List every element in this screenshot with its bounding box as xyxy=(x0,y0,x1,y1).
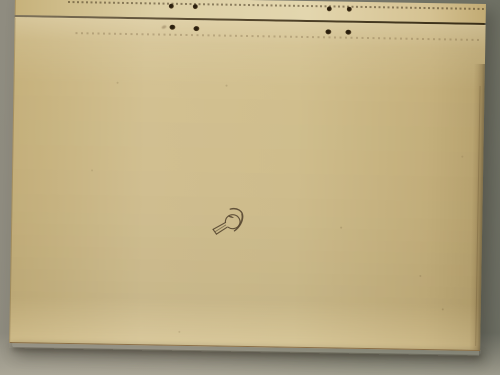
perforation-line-page xyxy=(75,32,481,40)
duck-doodle-svg xyxy=(208,203,247,238)
punch-hole xyxy=(169,4,174,9)
punch-hole xyxy=(325,29,331,34)
album-page xyxy=(9,17,485,351)
punch-hole xyxy=(347,7,352,12)
duck-eye-mark xyxy=(228,216,234,218)
photo-album xyxy=(9,0,485,356)
punch-hole xyxy=(345,29,351,34)
punch-hole xyxy=(169,25,175,30)
paper-foxing-specks xyxy=(16,18,18,20)
ink-smudge xyxy=(161,24,167,29)
perforation-line-top xyxy=(68,0,484,9)
punch-hole xyxy=(193,4,198,9)
punch-hole xyxy=(327,6,332,11)
duck-beak-front-line xyxy=(213,229,216,234)
punch-hole xyxy=(193,26,199,31)
duck-doodle xyxy=(208,203,247,238)
